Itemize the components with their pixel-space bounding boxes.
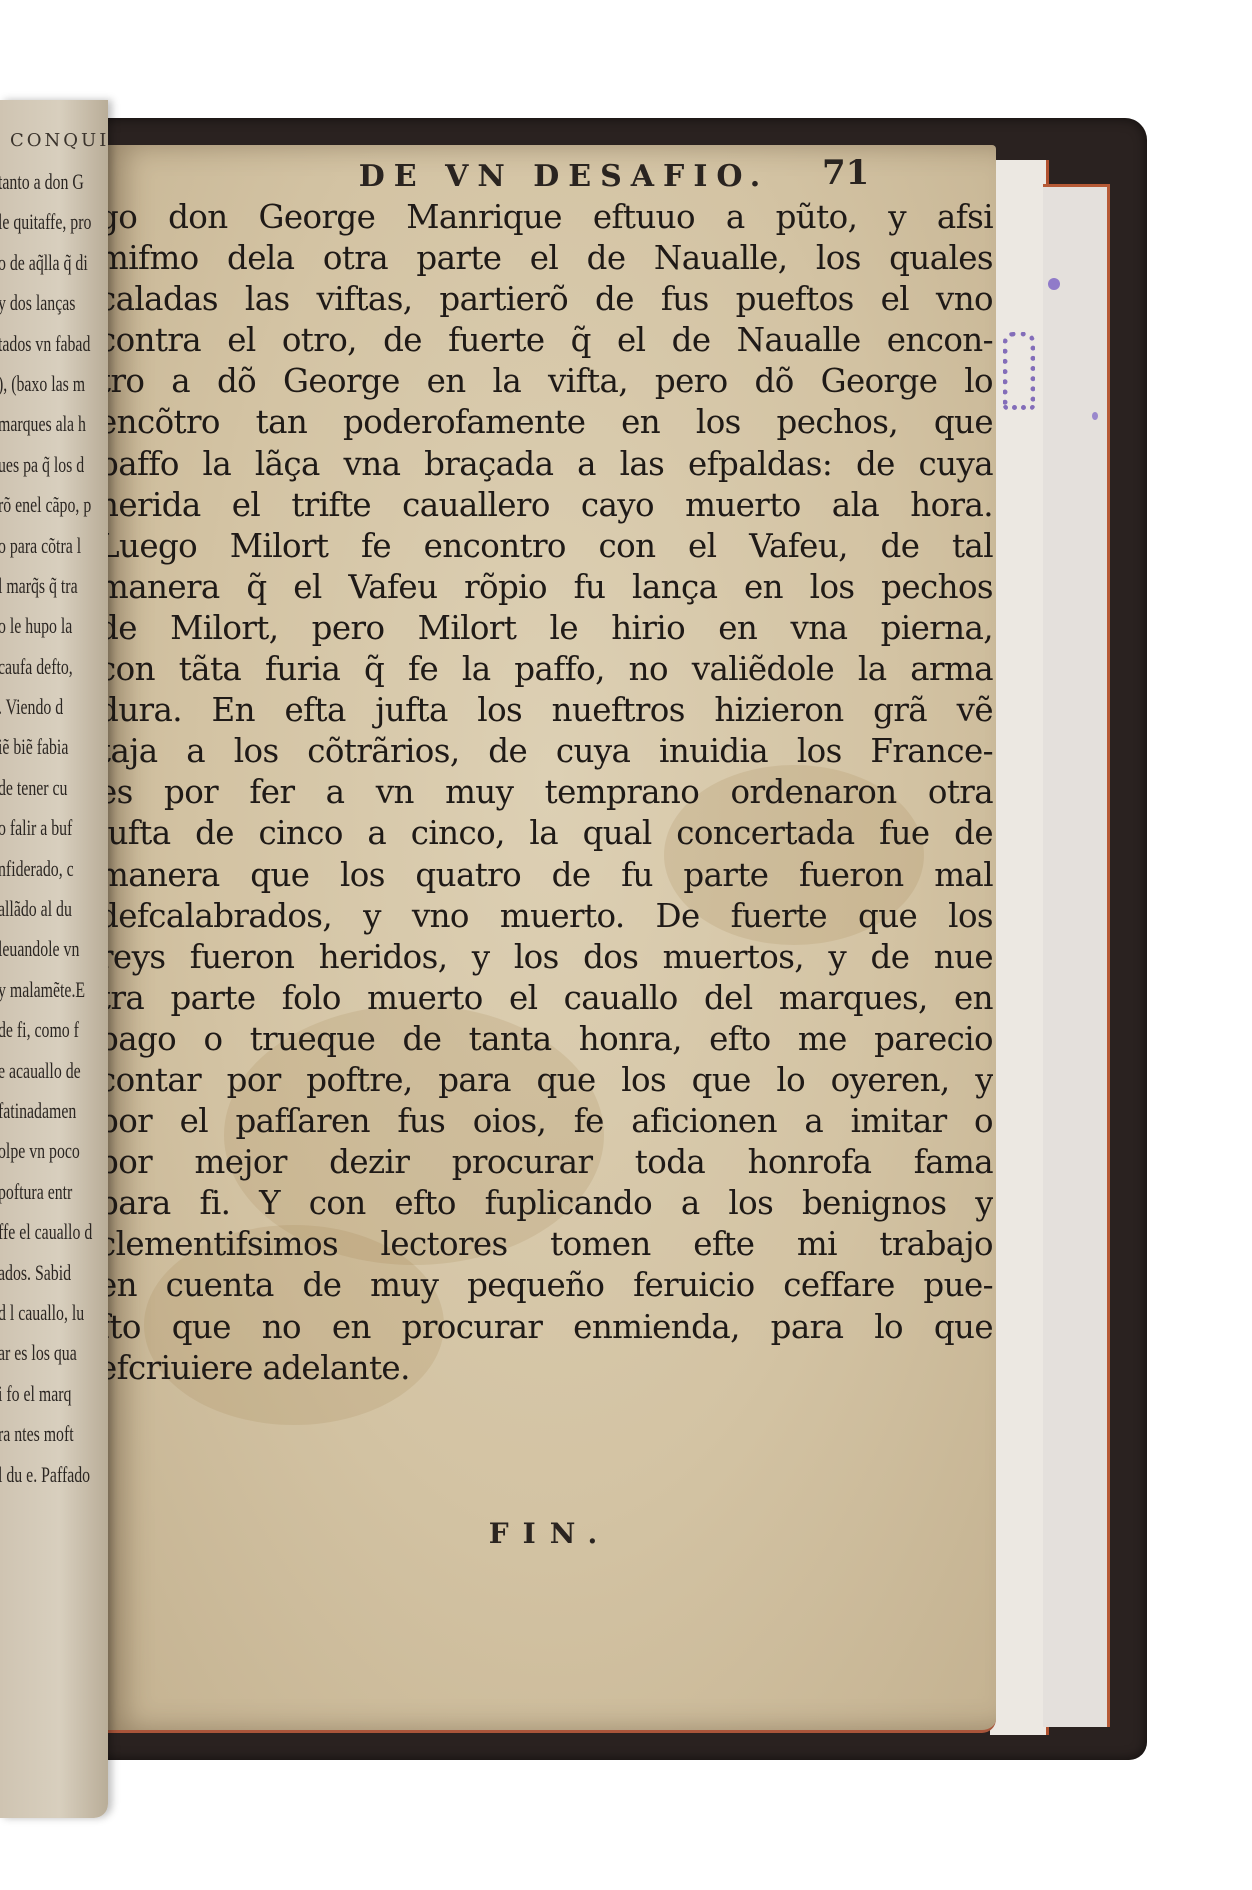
text-line: o le hupo la: [0, 606, 108, 646]
text-line: de tener cu: [0, 768, 108, 808]
text-line: ues pa q̃ los d: [0, 445, 108, 485]
text-line: por mejor dezir procurar toda honrofa fa…: [98, 1142, 993, 1183]
text-line: paffo la lãça vna braçada a las efpaldas…: [98, 444, 993, 485]
text-line: i fo el marq: [0, 1374, 108, 1414]
library-stamp-mark: [1003, 332, 1035, 410]
text-line: para fi. Y con efto fuplicando a los ben…: [98, 1183, 993, 1224]
text-line: tanto a don G: [0, 162, 108, 202]
left-running-head: CONQUI: [10, 130, 108, 151]
recto-page: DE VN DESAFIO. 71 go don George Manrique…: [104, 145, 996, 1733]
text-line: allãdo al du: [0, 889, 108, 929]
text-line: ffe el cauallo d: [0, 1212, 108, 1252]
text-line: l du e. Paffado: [0, 1455, 108, 1495]
text-line: l marq̃s q̃ tra: [0, 566, 108, 606]
text-line: marques ala h: [0, 404, 108, 444]
page-number: 71: [822, 153, 869, 193]
text-line: taja a los cõtrãrios, de cuya inuidia lo…: [98, 731, 993, 772]
text-line: ar es los qua: [0, 1333, 108, 1373]
text-line: go don George Manrique eftuuo a pũto, y …: [98, 197, 993, 238]
text-line: de fi, como f: [0, 1010, 108, 1050]
text-line: poftura entr: [0, 1172, 108, 1212]
text-line: d l cauallo, lu: [0, 1293, 108, 1333]
text-line: pago o trueque de tanta honra, efto me p…: [98, 1019, 993, 1060]
text-line: Luego Milort fe encontro con el Vafeu, d…: [98, 526, 993, 567]
text-line: de Milort, pero Milort le hirio en vna p…: [98, 608, 993, 649]
text-line: en cuenta de muy pequeño feruicio ceffar…: [98, 1265, 993, 1306]
text-line: reys fueron heridos, y los dos muertos, …: [98, 937, 993, 978]
text-line: y dos lanças: [0, 283, 108, 323]
text-line: olpe vn poco: [0, 1131, 108, 1171]
pastedown-leaf: [1043, 184, 1110, 1727]
text-line: o falir a buf: [0, 808, 108, 848]
text-line: caufa defto,: [0, 647, 108, 687]
text-line: es por fer a vn muy temprano ordenaron o…: [98, 772, 993, 813]
text-line: iẽ biẽ fabia: [0, 727, 108, 767]
text-line: mifmo dela otra parte el de Naualle, los…: [98, 238, 993, 279]
text-line: caladas las viftas, partierõ de fus puef…: [98, 279, 993, 320]
left-page-text: tanto a don G le quitaffe, pro o de aq̃l…: [0, 162, 108, 1495]
text-line: por el pafſaren fus oios, fe aficionen a…: [98, 1101, 993, 1142]
text-line: fatinadamen: [0, 1091, 108, 1131]
text-line: clementifsimos lectores tomen efte mi tr…: [98, 1224, 993, 1265]
text-line: defcalabrados, y vno muerto. De fuerte q…: [98, 896, 993, 937]
text-line: y malamẽte.E: [0, 970, 108, 1010]
text-line: . Viendo d: [0, 687, 108, 727]
closing-fin: FIN.: [104, 1517, 996, 1550]
text-line: o de aq̃lla q̃ di: [0, 243, 108, 283]
text-line: contar por poftre, para que los que lo o…: [98, 1060, 993, 1101]
text-line: efcriuiere adelante.: [98, 1348, 993, 1389]
text-line: rõ enel cãpo, p: [0, 485, 108, 525]
text-line: ados. Sabid: [0, 1253, 108, 1293]
text-line: herida el trifte cauallero cayo muerto a…: [98, 485, 993, 526]
body-text: go don George Manrique eftuuo a pũto, y …: [98, 197, 993, 1389]
running-head: DE VN DESAFIO. 71: [104, 159, 996, 199]
text-line: contra el otro, de fuerte q̃ el de Naual…: [98, 320, 993, 361]
verso-page-edge: CONQUI tanto a don G le quitaffe, pro o …: [0, 100, 108, 1818]
ink-dot: [1048, 278, 1060, 290]
running-title: DE VN DESAFIO.: [304, 159, 824, 194]
text-line: manera que los quatro de fu parte fueron…: [98, 855, 993, 896]
text-line: ), (baxo las m: [0, 364, 108, 404]
text-line: tra parte folo muerto el cauallo del mar…: [98, 978, 993, 1019]
text-line: ra ntes moft: [0, 1414, 108, 1454]
text-line: encõtro tan poderofamente en los pechos,…: [98, 402, 993, 443]
text-line: le quitaffe, pro: [0, 202, 108, 242]
ink-dot: [1092, 412, 1098, 420]
text-line: nfiderado, c: [0, 849, 108, 889]
text-line: e acauallo de: [0, 1051, 108, 1091]
text-line: leuandole vn: [0, 929, 108, 969]
text-line: o para cõtra l: [0, 526, 108, 566]
text-line: jufta de cinco a cinco, la qual concerta…: [98, 813, 993, 854]
text-line: fto que no en procurar enmienda, para lo…: [98, 1307, 993, 1348]
text-line: tados vn fabad: [0, 324, 108, 364]
text-line: tro a dõ George en la vifta, pero dõ Geo…: [98, 361, 993, 402]
text-line: con tãta furia q̃ fe la paffo, no valiẽd…: [98, 649, 993, 690]
text-line: manera q̃ el Vafeu rõpio fu lança en los…: [98, 567, 993, 608]
text-line: dura. En efta jufta los nueftros hiziero…: [98, 690, 993, 731]
